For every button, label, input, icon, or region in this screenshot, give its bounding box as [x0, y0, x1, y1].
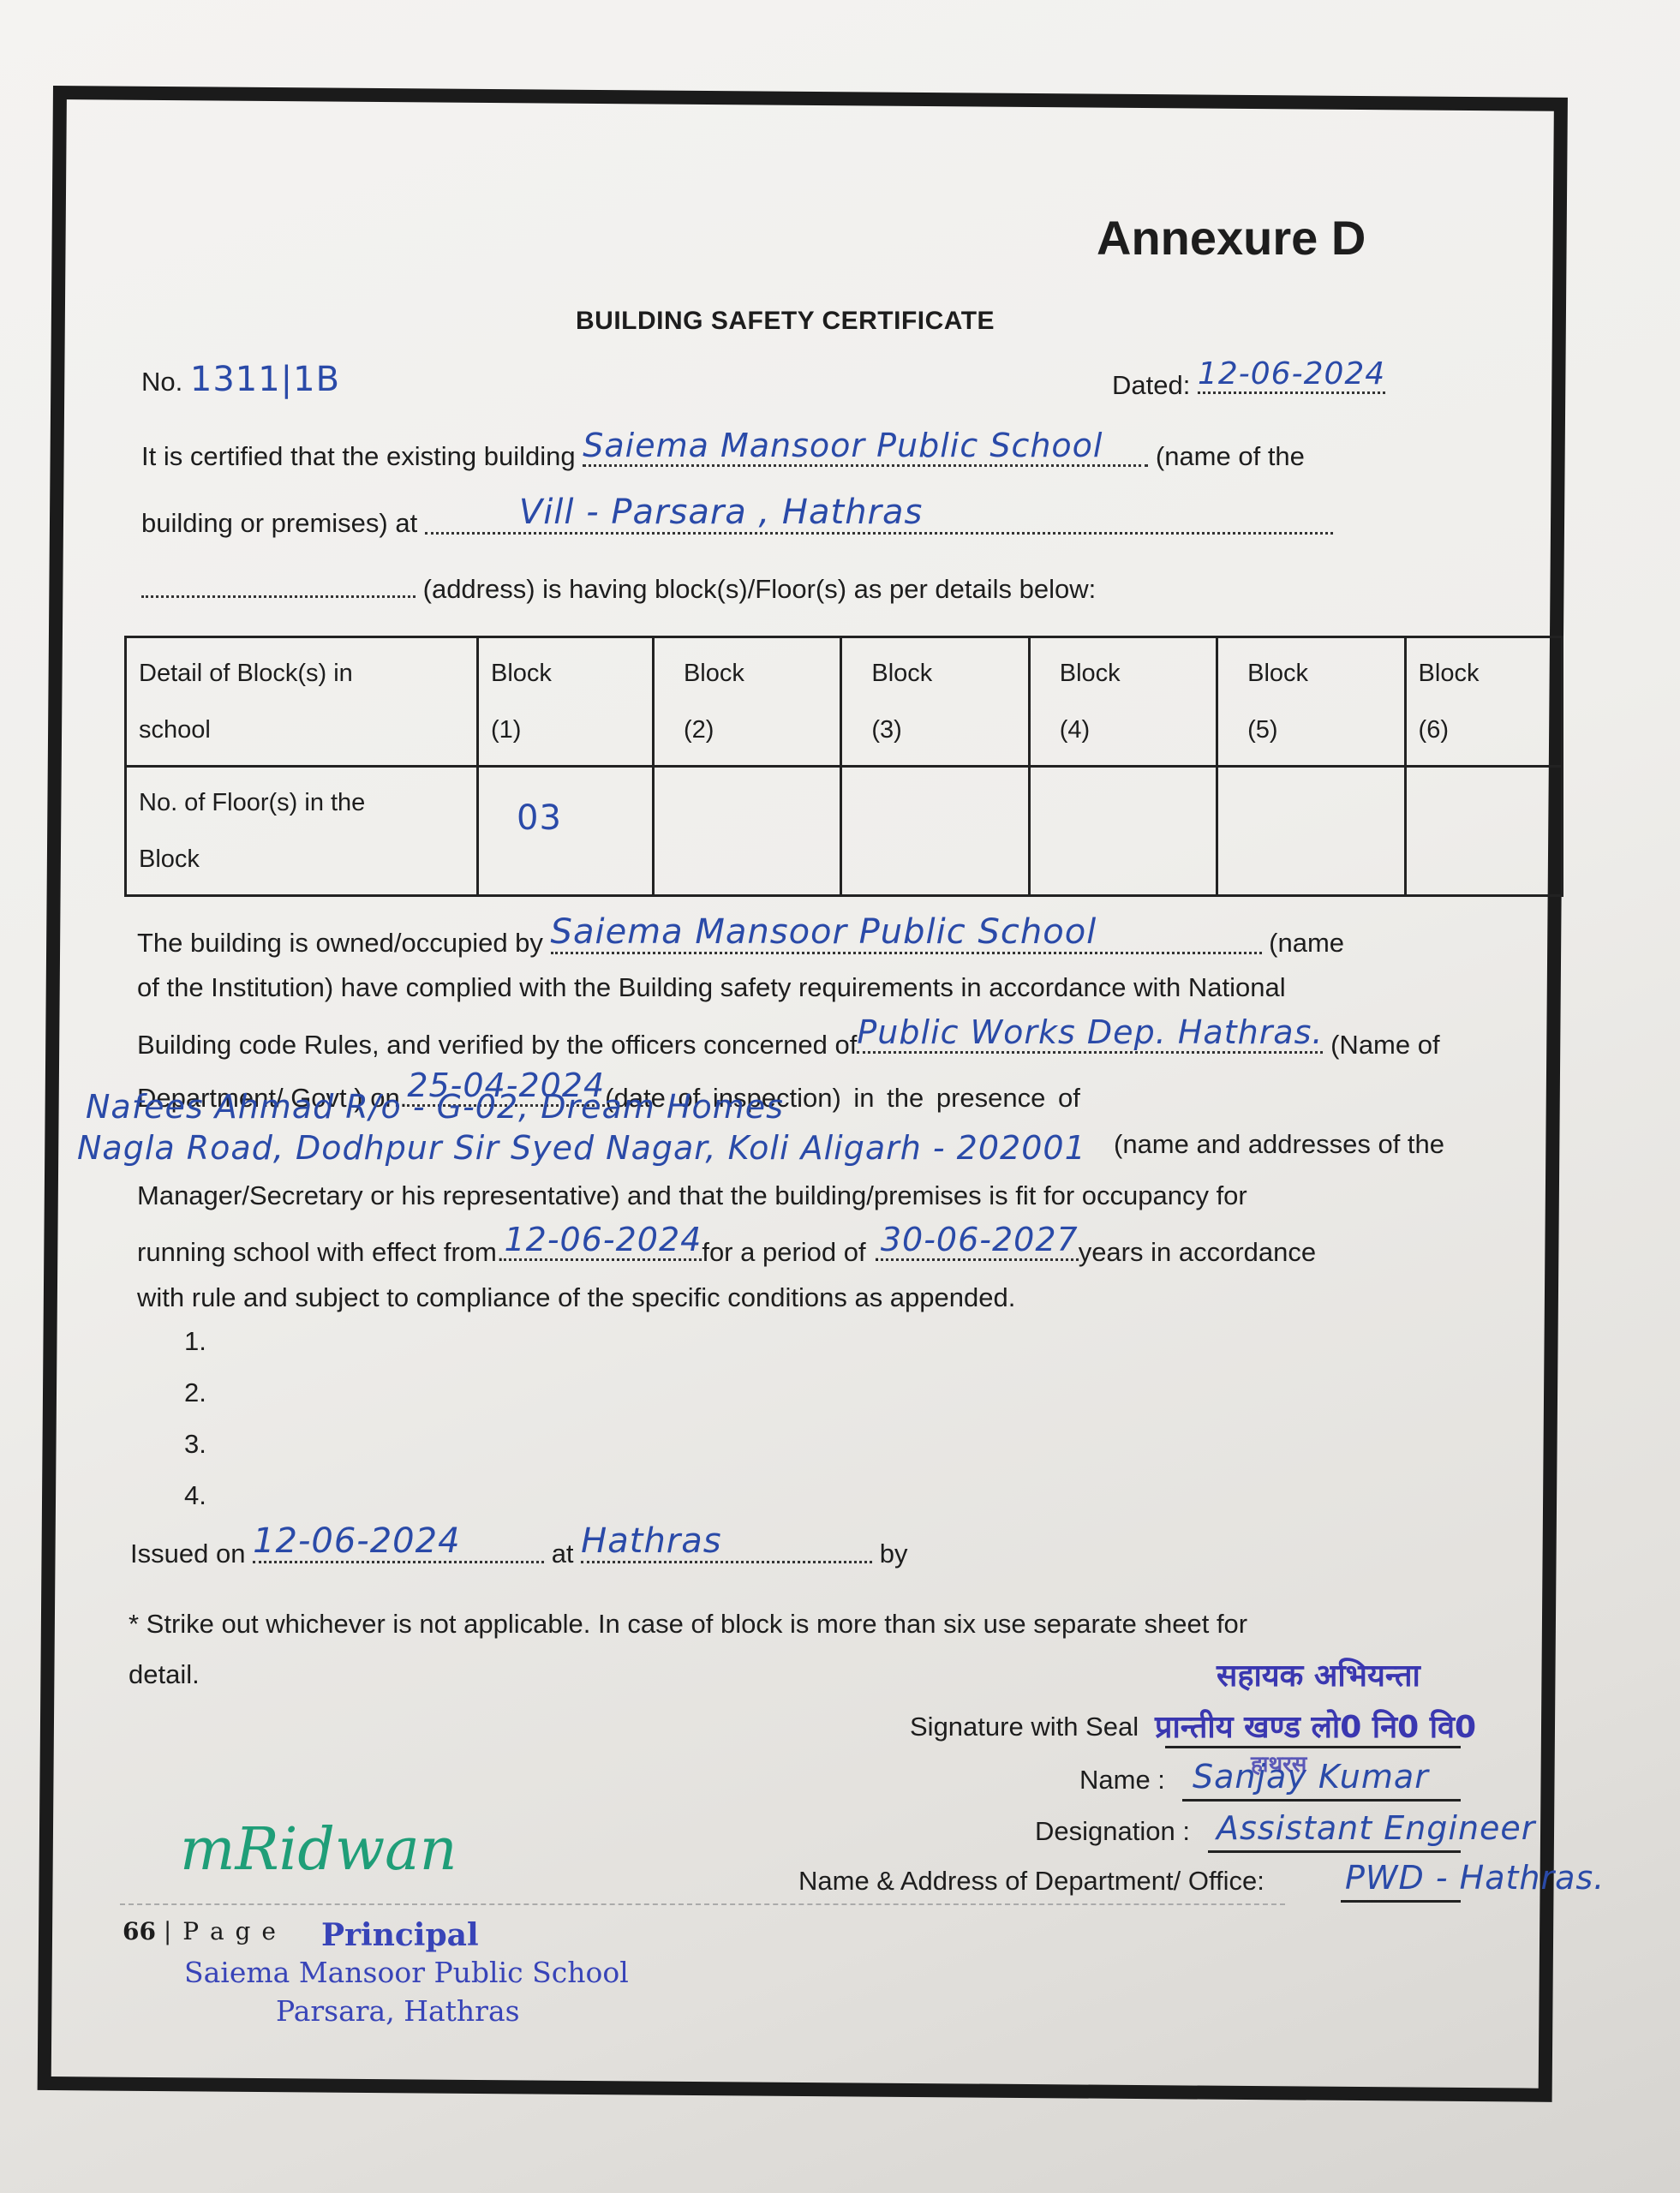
row-header-cell: Detail of Block(s) in school — [126, 637, 478, 767]
seal-label: Signature with Seal — [910, 1712, 1139, 1742]
issued-line: Issued on 12-06-2024 at Hathras by — [130, 1532, 908, 1574]
owner-line: The building is owned/occupied by Saiema… — [137, 921, 1344, 963]
department-office-value: PWD - Hathras. — [1345, 1859, 1605, 1897]
floors-cell: 03 — [478, 767, 654, 896]
period-field: 30-06-2027 — [881, 1221, 1079, 1261]
block-number: (2) — [667, 702, 828, 758]
representative-line-2: Nagla Road, Dodhpur Sir Syed Nagar, Koli… — [77, 1129, 1086, 1167]
block-number: (4) — [1043, 702, 1204, 758]
principal-signature: mRidwan — [180, 1816, 457, 1884]
officers-line: Building code Rules, and verified by the… — [137, 1024, 1440, 1064]
certificate-title: BUILDING SAFETY CERTIFICATE — [576, 307, 995, 336]
certificate-number-row: No. 1311|1B — [141, 360, 340, 399]
owned-label: The building is owned/occupied by — [137, 928, 543, 958]
row-header-line: school — [139, 702, 464, 758]
name-hindi-stamp: हाथरस — [1251, 1748, 1306, 1778]
page-number: 66 | P a g e — [123, 1917, 278, 1945]
officers-label: Building code Rules, and verified by the… — [137, 1030, 857, 1060]
effect-from-field: 12-06-2024 — [504, 1221, 702, 1261]
certify-text: It is certified that the existing buildi… — [141, 441, 576, 471]
floors-value: 03 — [491, 774, 640, 838]
by-label: by — [880, 1539, 908, 1569]
effect-label: running school with effect from. — [137, 1237, 504, 1267]
row-header-line: Block — [139, 831, 464, 887]
address-suffix-text: (address) is having block(s)/Floor(s) as… — [423, 574, 1097, 604]
building-name-field: Saiema Mansoor Public School — [583, 427, 1148, 467]
seal-hindi-line-1: सहायक अभियन्ता — [1217, 1653, 1420, 1695]
conditions-intro: with rule and subject to compliance of t… — [137, 1282, 1015, 1313]
department-office-underline — [1341, 1900, 1461, 1903]
name-label: Name : — [1079, 1765, 1165, 1796]
period-label: for a period of . — [702, 1237, 881, 1267]
dated-label: Dated: — [1112, 370, 1190, 400]
condition-item-3: 3. — [184, 1429, 206, 1460]
row-header-line: Detail of Block(s) in — [139, 645, 464, 702]
block-number: (3) — [854, 702, 1015, 758]
page-label: | P a g e — [164, 1917, 278, 1945]
department-suffix: (Name of — [1330, 1030, 1439, 1060]
certify-line-2: building or premises) at Vill - Parsara … — [141, 501, 1333, 543]
name-value: Sanjay Kumar — [1193, 1758, 1429, 1796]
row-header-cell: No. of Floor(s) in the Block — [126, 767, 478, 896]
certificate-number-label: No. — [141, 367, 182, 397]
footer-divider — [120, 1903, 1285, 1905]
principal-stamp-school: Saiema Mansoor Public School — [184, 1956, 629, 1989]
certificate-number-value: 1311|1B — [190, 360, 340, 399]
table-row: No. of Floor(s) in the Block 03 — [126, 767, 1563, 896]
certify-line-1: It is certified that the existing buildi… — [141, 435, 1305, 475]
department-field: Public Works Dep. Hathras. — [857, 1013, 1323, 1054]
issued-date-field: 12-06-2024 — [253, 1521, 544, 1563]
floors-cell — [1405, 767, 1562, 896]
floors-cell — [653, 767, 840, 896]
block-label: Block — [854, 645, 1015, 702]
effect-line: running school with effect from.12-06-20… — [137, 1231, 1316, 1271]
strike-note-line-1: * Strike out whichever is not applicable… — [129, 1609, 1247, 1640]
block-header-cell: Block(4) — [1029, 637, 1217, 767]
years-suffix: years in accordance — [1079, 1237, 1316, 1267]
block-number: (1) — [491, 702, 640, 758]
blocks-table: Detail of Block(s) in school Block(1) Bl… — [124, 636, 1563, 897]
department-office-label: Name & Address of Department/ Office: — [798, 1866, 1264, 1897]
designation-value: Assistant Engineer — [1217, 1809, 1535, 1847]
block-header-cell: Block(5) — [1217, 637, 1405, 767]
annexure-heading: Annexure D — [1097, 210, 1366, 266]
principal-stamp-title: Principal — [321, 1917, 479, 1953]
dated-row: Dated: 12-06-2024 — [1112, 367, 1385, 404]
name-underline — [1182, 1799, 1461, 1802]
certify-text-2: (name of the — [1156, 441, 1305, 471]
floors-cell — [841, 767, 1029, 896]
block-number: (6) — [1419, 702, 1549, 758]
block-header-cell: Block(1) — [478, 637, 654, 767]
compliance-line: of the Institution) have complied with t… — [137, 972, 1286, 1003]
address-continuation-dots — [141, 589, 416, 598]
condition-item-2: 2. — [184, 1377, 206, 1408]
issued-label: Issued on — [130, 1539, 245, 1569]
block-header-cell: Block(2) — [653, 637, 840, 767]
issued-place-field: Hathras — [581, 1521, 872, 1563]
owner-suffix: (name — [1269, 928, 1344, 958]
seal-hindi-line-2: प्रान्तीय खण्ड लो0 नि0 वि0 — [1155, 1705, 1476, 1747]
block-label: Block — [1043, 645, 1204, 702]
certify-line-3: (address) is having block(s)/Floor(s) as… — [141, 574, 1096, 605]
designation-underline — [1208, 1850, 1461, 1853]
floors-cell — [1217, 767, 1405, 896]
table-row: Detail of Block(s) in school Block(1) Bl… — [126, 637, 1563, 767]
block-label: Block — [1419, 645, 1549, 702]
principal-stamp-location: Parsara, Hathras — [276, 1994, 520, 2028]
block-number: (5) — [1230, 702, 1391, 758]
block-label: Block — [491, 645, 640, 702]
block-label: Block — [667, 645, 828, 702]
address-field: Vill - Parsara , Hathras — [425, 493, 1333, 535]
condition-item-4: 4. — [184, 1480, 206, 1511]
condition-item-1: 1. — [184, 1326, 206, 1357]
block-label: Block — [1230, 645, 1391, 702]
owner-field: Saiema Mansoor Public School — [551, 912, 1262, 954]
at-label: at — [552, 1539, 574, 1569]
row-header-line: No. of Floor(s) in the — [139, 774, 464, 831]
block-header-cell: Block(6) — [1405, 637, 1562, 767]
floors-cell — [1029, 767, 1217, 896]
dated-value: 12-06-2024 — [1198, 356, 1385, 394]
page-number-value: 66 — [123, 1917, 156, 1945]
representative-suffix: (name and addresses of the — [1114, 1129, 1444, 1160]
designation-label: Designation : — [1035, 1816, 1190, 1847]
block-header-cell: Block(3) — [841, 637, 1029, 767]
occupancy-line: Manager/Secretary or his representative)… — [137, 1180, 1247, 1211]
strike-note-line-2: detail. — [129, 1659, 200, 1690]
representative-line-1: Nafees Ahmad R/o - G-02, Dream Homes — [86, 1088, 784, 1126]
premises-label: building or premises) at — [141, 508, 417, 538]
